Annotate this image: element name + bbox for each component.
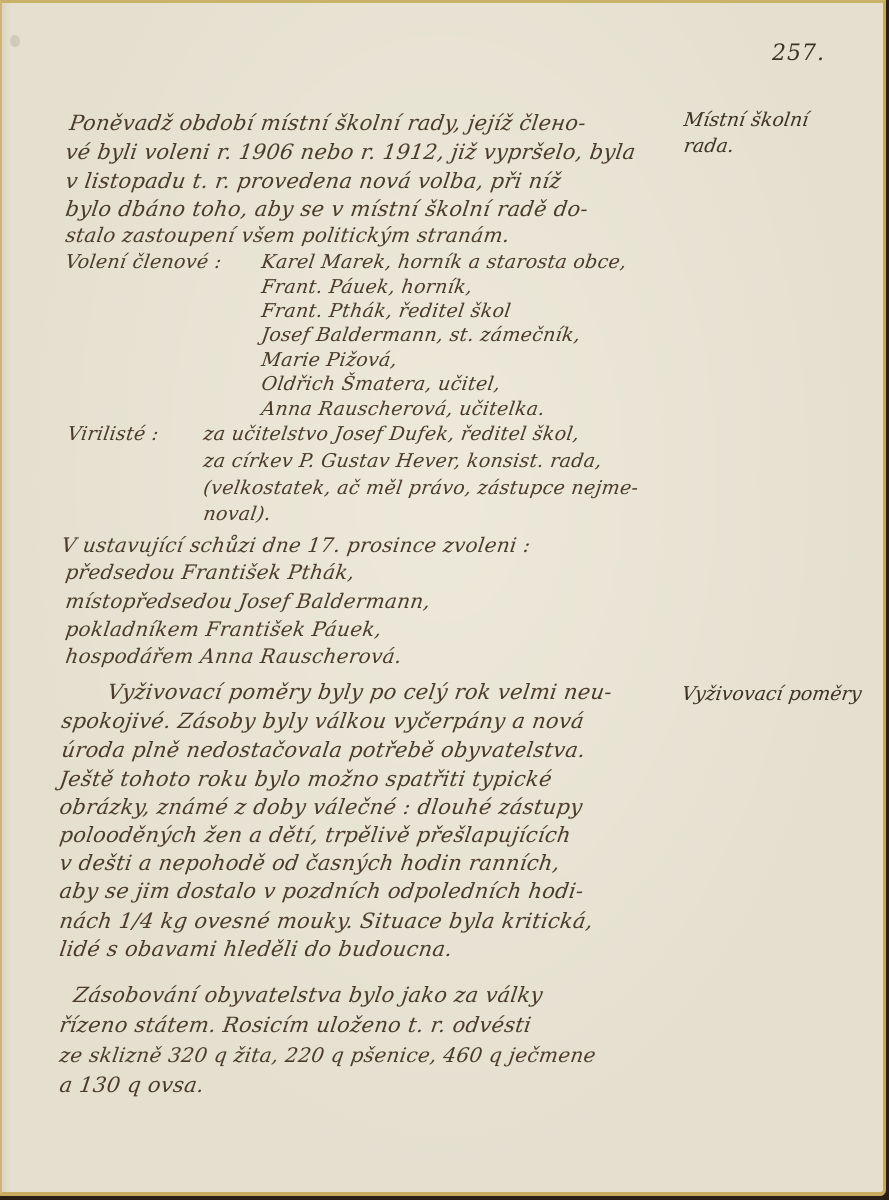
- text-line: vé byli voleni r. 1906 nebo r. 1912, již…: [64, 140, 637, 164]
- text-line: a 130 q ovsa.: [58, 1073, 206, 1097]
- text-line: ze sklizně 320 q žita, 220 q pšenice, 46…: [58, 1043, 598, 1067]
- margin-note-school-board-2: rada.: [682, 135, 735, 157]
- text-line: úroda plně nedostačovala potřebě obyvate…: [60, 738, 587, 762]
- text-line: aby se jim dostalo v pozdních odpoledníc…: [58, 879, 585, 903]
- member-line: Frant. Páuek, horník,: [260, 276, 474, 298]
- text-line: Zásobování obyvatelstva bylo jako za vál…: [72, 983, 544, 1007]
- virilist-line: (velkostatek, ač měl právo, zástupce nej…: [202, 477, 640, 499]
- text-line: polooděných žen a dětí, trpělivě přešlap…: [58, 823, 573, 847]
- virilist-line: za učitelstvo Josef Dufek, ředitel škol,: [202, 423, 581, 445]
- officer-line: místopředsedou Josef Baldermann,: [64, 589, 432, 613]
- text-line: bylo dbáno toho, aby se v místní školní …: [64, 197, 590, 221]
- margin-note-food-conditions: Vyživovací poměry: [680, 683, 863, 705]
- text-line: obrázky, známé z doby válečné : dlouhé z…: [58, 795, 584, 819]
- text-line: nách 1/4 kg ovesné mouky. Situace byla k…: [58, 909, 595, 933]
- text-line: Vyživovací poměry byly po celý rok velmi…: [106, 680, 614, 704]
- text-line: řízeno státem. Rosicím uloženo t. r. odv…: [58, 1013, 533, 1037]
- text-line: V ustavující schůzi dne 17. prosince zvo…: [60, 533, 532, 557]
- member-line: Karel Marek, horník a starosta obce,: [260, 251, 628, 273]
- member-line: Marie Pižová,: [260, 349, 399, 371]
- member-line: Anna Rauscherová, učitelka.: [260, 398, 546, 420]
- manuscript-page: 257. Místní školní rada. Poněvadž období…: [0, 0, 886, 1196]
- text-line: v dešti a nepohodě od časných hodin rann…: [58, 851, 562, 875]
- member-line: Josef Baldermann, st. zámečník,: [260, 324, 582, 346]
- text-line: stalo zastoupení všem politickým stranám…: [64, 223, 511, 247]
- virilists-label: Virilisté :: [66, 423, 160, 445]
- virilist-line: za církev P. Gustav Hever, konsist. rada…: [202, 450, 603, 472]
- officer-line: pokladníkem František Páuek,: [64, 617, 383, 641]
- page-number: 257.: [772, 41, 825, 66]
- text-line: v listopadu t. r. provedena nová volba, …: [64, 169, 563, 193]
- text-line: spokojivé. Zásoby byly válkou vyčerpány …: [60, 709, 586, 733]
- member-line: Oldřich Šmatera, učitel,: [260, 373, 502, 395]
- officer-line: hospodářem Anna Rauscherová.: [64, 644, 403, 668]
- virilist-line: noval).: [202, 503, 272, 525]
- elected-members-label: Volení členové :: [64, 251, 223, 273]
- paper-spot: [10, 35, 20, 47]
- text-line: lidé s obavami hleděli do budoucna.: [58, 937, 454, 961]
- text-line: Ještě tohoto roku bylo možno spatřiti ty…: [58, 767, 554, 791]
- text-line: Poněvadž období místní školní rady, její…: [68, 111, 588, 135]
- member-line: Frant. Pthák, ředitel škol: [260, 300, 512, 322]
- officer-line: předsedou František Pthák,: [64, 560, 356, 584]
- margin-note-school-board: Místní školní: [682, 109, 809, 131]
